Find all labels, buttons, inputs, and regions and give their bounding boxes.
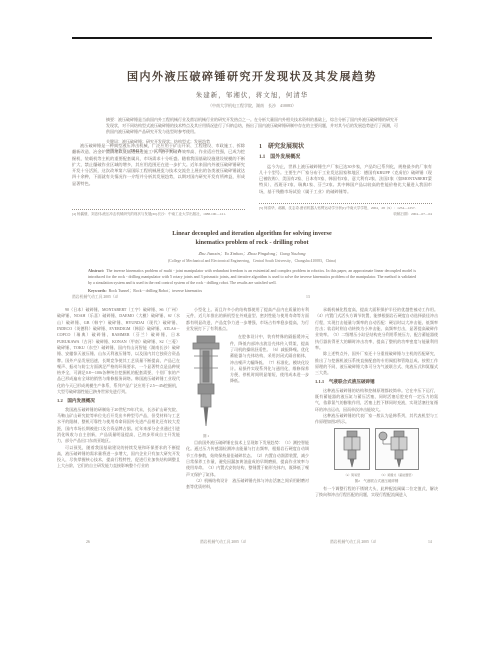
page2-columns: 90（日本）破碎锤、MONTABERT（工字）破碎锤、S6（广州）破碎锤、NOA…	[57, 307, 439, 540]
breaker-cross-section-figure	[188, 334, 224, 430]
figure2a-caption: （a）简易型	[334, 473, 370, 478]
figure2b: （b）氮爆式（蓄能器型）	[375, 428, 419, 478]
english-title-line2: kinematics problem of rock - drilling ro…	[72, 238, 432, 247]
col3-paragraph-2: 除上述特点外，国外厂家还十分重视破碎锤与主机的匹配研究，推出了与挖掘机液压系统直…	[315, 351, 438, 376]
article-title: 国内外液压破碎锤研究开发现状及其发展趋势	[72, 68, 432, 84]
col2-journal-footer: 凿岩机械气动工具 2005（4）	[200, 540, 248, 545]
page1-right-column: 1 研究发展现状 1.1 国外发展概况 迄今为止，世界上液压破碎锤生产厂家已达3…	[259, 143, 432, 217]
affiliation-line: （中南大学机电工程学院，湖南 长沙 410083）	[72, 103, 432, 109]
left-footnote-block: [4] 杨襄璧，刘忠伟.液压冲击机械研究的现状与发展[M].长沙：中南工业大学出…	[72, 209, 245, 217]
journal-name: 凿岩机械气动工具 2005（4）	[72, 295, 120, 299]
col3-journal-footer: 凿岩机械气动工具 2005（4）	[330, 540, 378, 545]
header-mark-left: ·	[73, 30, 74, 35]
left-footnote: [4] 杨襄璧，刘忠伟.液压冲击机械研究的现状与发展[M].长沙：中南工业大学出…	[72, 212, 245, 217]
page1-footer: 凿岩机械气动工具 2005（4） 13	[72, 295, 432, 300]
figure1-region: 图 1 在腔体设计中，装有特殊的隔振缓冲元件，降低内部冲击波沿壳体传入臂架，提高…	[186, 334, 309, 440]
figure2-caption: 图2 气液联合式液压破碎锤	[315, 479, 438, 485]
col3-subheading: 1.1.1 气液联合式液压破碎锤	[315, 378, 438, 385]
col3-paragraph-5: 有一个调整行程的不锈钢大头，此种配流阀属二位定值式，解决了换向和冲击行程匹配的问…	[315, 486, 438, 499]
english-authors: Zhu Jianxin；Yu Xinhao；Zhou Pingdong；Gong…	[72, 251, 432, 257]
english-abstract-block: Linear decoupled and iteration algorithm…	[72, 229, 432, 294]
col3-paragraph-4: 这种液压破碎锤的代表厂家一般认为是韩系列，其代表机型与工作原理如图2所示。	[315, 413, 438, 426]
page-number: 13	[306, 295, 310, 299]
col3-paragraph-1: 承载机械化程度高，提高大面积保护半径的优越性被动工作用。（4）内置门式活头方调节…	[315, 307, 438, 351]
figure2b-caption: （b）氮爆式（蓄能器型）	[375, 473, 419, 478]
right-footnote-block: [5] 何清华，郝鹏，沈志奇.凿岩机器人钻臂运动学分析[J].中南大学学报，20…	[259, 203, 432, 217]
col2-paragraph-2: 目前国外液压破碎锤在技术上呈现如下发展趋势：（1）测控智能化。通过压力传感器检测…	[186, 440, 309, 478]
scanned-paper-page: · · 国内外液压破碎锤研究开发现状及其发展趋势 朱建新，邹湘伏，蒋文旭，何清华…	[0, 0, 502, 649]
article-head: 国内外液压破碎锤研究开发现状及其发展趋势 朱建新，邹湘伏，蒋文旭，何清华 （中南…	[72, 68, 432, 154]
abstract-label: Abstract:	[88, 268, 104, 273]
english-abstract-text: The inverse kinematics problem of multi …	[88, 268, 416, 285]
col1-paragraph-3: 可以预见，随着我国基础建设的持续发展和环保要求的不断提高，液压破碎锤的需求量将进…	[57, 445, 180, 470]
col2-intro-paragraph: 小型化上。而且许多小的结构都使用了提高产品内在质量的专利元件，近几年推出的新机型…	[186, 307, 309, 332]
chinese-abstract: 摘要：液压破碎锤是当前国内外工程机械行业及凿岩机械行业的研究开发热点之一。在分析…	[106, 117, 398, 136]
english-keywords: Keywords:Rock Tunnel；Rock－drilling Robot…	[88, 288, 416, 294]
figure1: 图 1	[186, 334, 226, 439]
col3-page-number: 14	[428, 540, 432, 544]
page2-column-2: 小型化上。而且许多小的结构都使用了提高产品内在质量的专利元件，近几年推出的新机型…	[186, 307, 309, 540]
figure2-region: （a）简易型	[315, 428, 438, 478]
english-abstract: Abstract:The inverse kinematics problem …	[88, 268, 416, 286]
figure1-caption: 图 1	[186, 434, 226, 440]
keywords-label: Keywords:	[88, 288, 107, 293]
breaker-schematic-simple	[334, 428, 370, 470]
right-column-paragraph: 迄今为止，世界上液压破碎锤生产厂家已达30多家，产品均已系列化，规格最多的厂家有…	[259, 164, 432, 195]
figure2a: （a）简易型	[334, 428, 370, 478]
col1-paragraph-2: 我国液压破碎锤的研制始于20世纪70年代末，长沙矿山研究院、马鞍山矿山研究院等单…	[57, 407, 180, 445]
breaker-schematic-accumulator	[375, 428, 419, 470]
header-rule	[72, 37, 432, 39]
received-date: 收稿日期：2004—07—04	[259, 212, 432, 217]
left-column-paragraph: 液压破碎锤是一种典型液压冲击机械，广泛应用于矿山开采、工程建设、市政施工、拆除翻…	[72, 143, 245, 187]
col3-paragraph-3: 这种液压破碎锤的结构和控制原理都较简单。它在中压下运行，既有蓄能器的液压缸与蓄压…	[315, 388, 438, 413]
page2-column-1: 90（日本）破碎锤、MONTABERT（工字）破碎锤、S6（广州）破碎锤、NOA…	[57, 307, 180, 540]
english-keywords-text: Rock Tunnel；Rock－drilling Robot；inverse …	[109, 288, 202, 293]
author-line: 朱建新，邹湘伏，蒋文旭，何清华	[72, 90, 432, 99]
footnote-separator	[72, 209, 245, 210]
page1-left-column: 液压破碎锤是一种典型液压冲击机械，广泛应用于矿山开采、工程建设、市政施工、拆除翻…	[72, 143, 245, 217]
english-title-line1: Linear decoupled and iteration algorithm…	[72, 229, 432, 238]
right-footnote: [5] 何清华，郝鹏，沈志奇.凿岩机器人钻臂运动学分析[J].中南大学学报，20…	[259, 206, 432, 211]
page2-column-3: 承载机械化程度高，提高大面积保护半径的优越性被动工作用。（4）内置门式活头方调节…	[315, 307, 438, 540]
col2-paragraph-3: （2）机械结构设计 液压破碎锤壳体与冲击活塞之间采用耐磨衬套等优质材料，	[186, 478, 309, 491]
subsection-heading: 1.1 国外发展概况	[259, 154, 432, 162]
footnote-separator	[259, 203, 432, 204]
right-column-body: 迄今为止，世界上液压破碎锤生产厂家已达30多家，产品均已系列化，规格最多的厂家有…	[259, 164, 432, 200]
col1-paragraph-1: 90（日本）破碎锤、MONTABERT（工字）破碎锤、S6（广州）破碎锤、NOA…	[57, 307, 180, 395]
section-heading: 1 研究发展现状	[259, 143, 432, 152]
page1-body-columns: 液压破碎锤是一种典型液压冲击机械，广泛应用于矿山开采、工程建设、市政施工、拆除翻…	[72, 143, 432, 217]
header-mark-right: ·	[426, 30, 427, 35]
col1-page-number: 26	[86, 540, 90, 544]
english-affiliation: (College of Mechanical and Electronical …	[72, 259, 432, 264]
left-column-body: 液压破碎锤是一种典型液压冲击机械，广泛应用于矿山开采、工程建设、市政施工、拆除翻…	[72, 143, 245, 187]
col1-subheading: 1.2 国内发展概况	[57, 397, 180, 404]
